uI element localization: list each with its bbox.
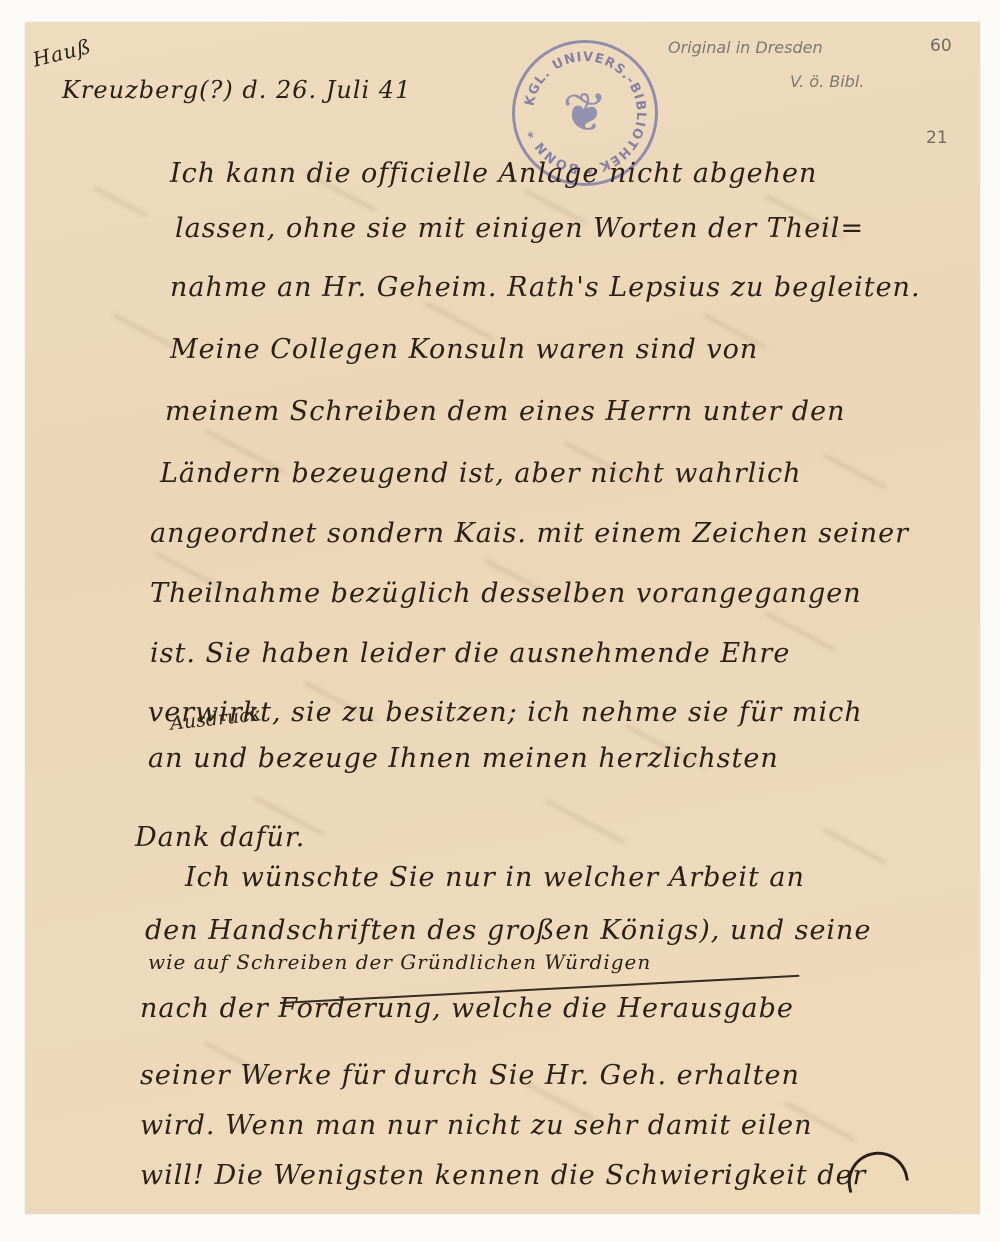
- letter-line: Ich wünschte Sie nur in welcher Arbeit a…: [185, 862, 805, 893]
- letter-place-date: Kreuzberg(?) d. 26. Juli 41: [62, 76, 411, 104]
- letter-line: Theilnahme bezüglich desselben vorangega…: [150, 578, 862, 609]
- letter-line: den Handschriften des großen Königs), un…: [145, 915, 871, 946]
- letter-line: angeordnet sondern Kais. mit einem Zeich…: [150, 518, 909, 549]
- letter-line: ist. Sie haben leider die ausnehmende Eh…: [150, 638, 790, 669]
- letter-line: lassen, ohne sie mit einigen Worten der …: [175, 213, 864, 244]
- letter-line: seiner Werke für durch Sie Hr. Geh. erha…: [140, 1060, 800, 1091]
- pencil-note-original-location: Original in Dresden: [668, 38, 823, 57]
- letter-line: wird. Wenn man nur nicht zu sehr damit e…: [140, 1110, 812, 1141]
- letter-line: Ländern bezeugend ist, aber nicht wahrli…: [160, 458, 802, 489]
- letter-line: an und bezeuge Ihnen meinen herzlichsten: [148, 743, 779, 774]
- eagle-emblem-icon: ❦: [555, 77, 615, 149]
- letter-line: will! Die Wenigsten kennen die Schwierig…: [140, 1160, 866, 1191]
- paper-bottom-edge: [25, 1208, 955, 1214]
- letter-line: Ich kann die officielle Anlage nicht abg…: [170, 158, 817, 189]
- letter-line: nach der Forderung, welche die Herausgab…: [140, 993, 794, 1024]
- letter-line-struck: wie auf Schreiben der Gründlichen Würdig…: [148, 950, 651, 974]
- letter-line: nahme an Hr. Geheim. Rath's Lepsius zu b…: [170, 272, 921, 303]
- letter-line: Dank dafür.: [135, 822, 305, 853]
- letter-line: meinem Schreiben dem eines Herrn unter d…: [165, 396, 845, 427]
- folio-number: 60: [930, 36, 952, 56]
- letter-paper: [25, 22, 980, 1214]
- letter-line: Meine Collegen Konsuln waren sind von: [170, 334, 758, 365]
- page-number: 21: [926, 128, 948, 148]
- pencil-note-reference: V. ö. Bibl.: [790, 72, 864, 91]
